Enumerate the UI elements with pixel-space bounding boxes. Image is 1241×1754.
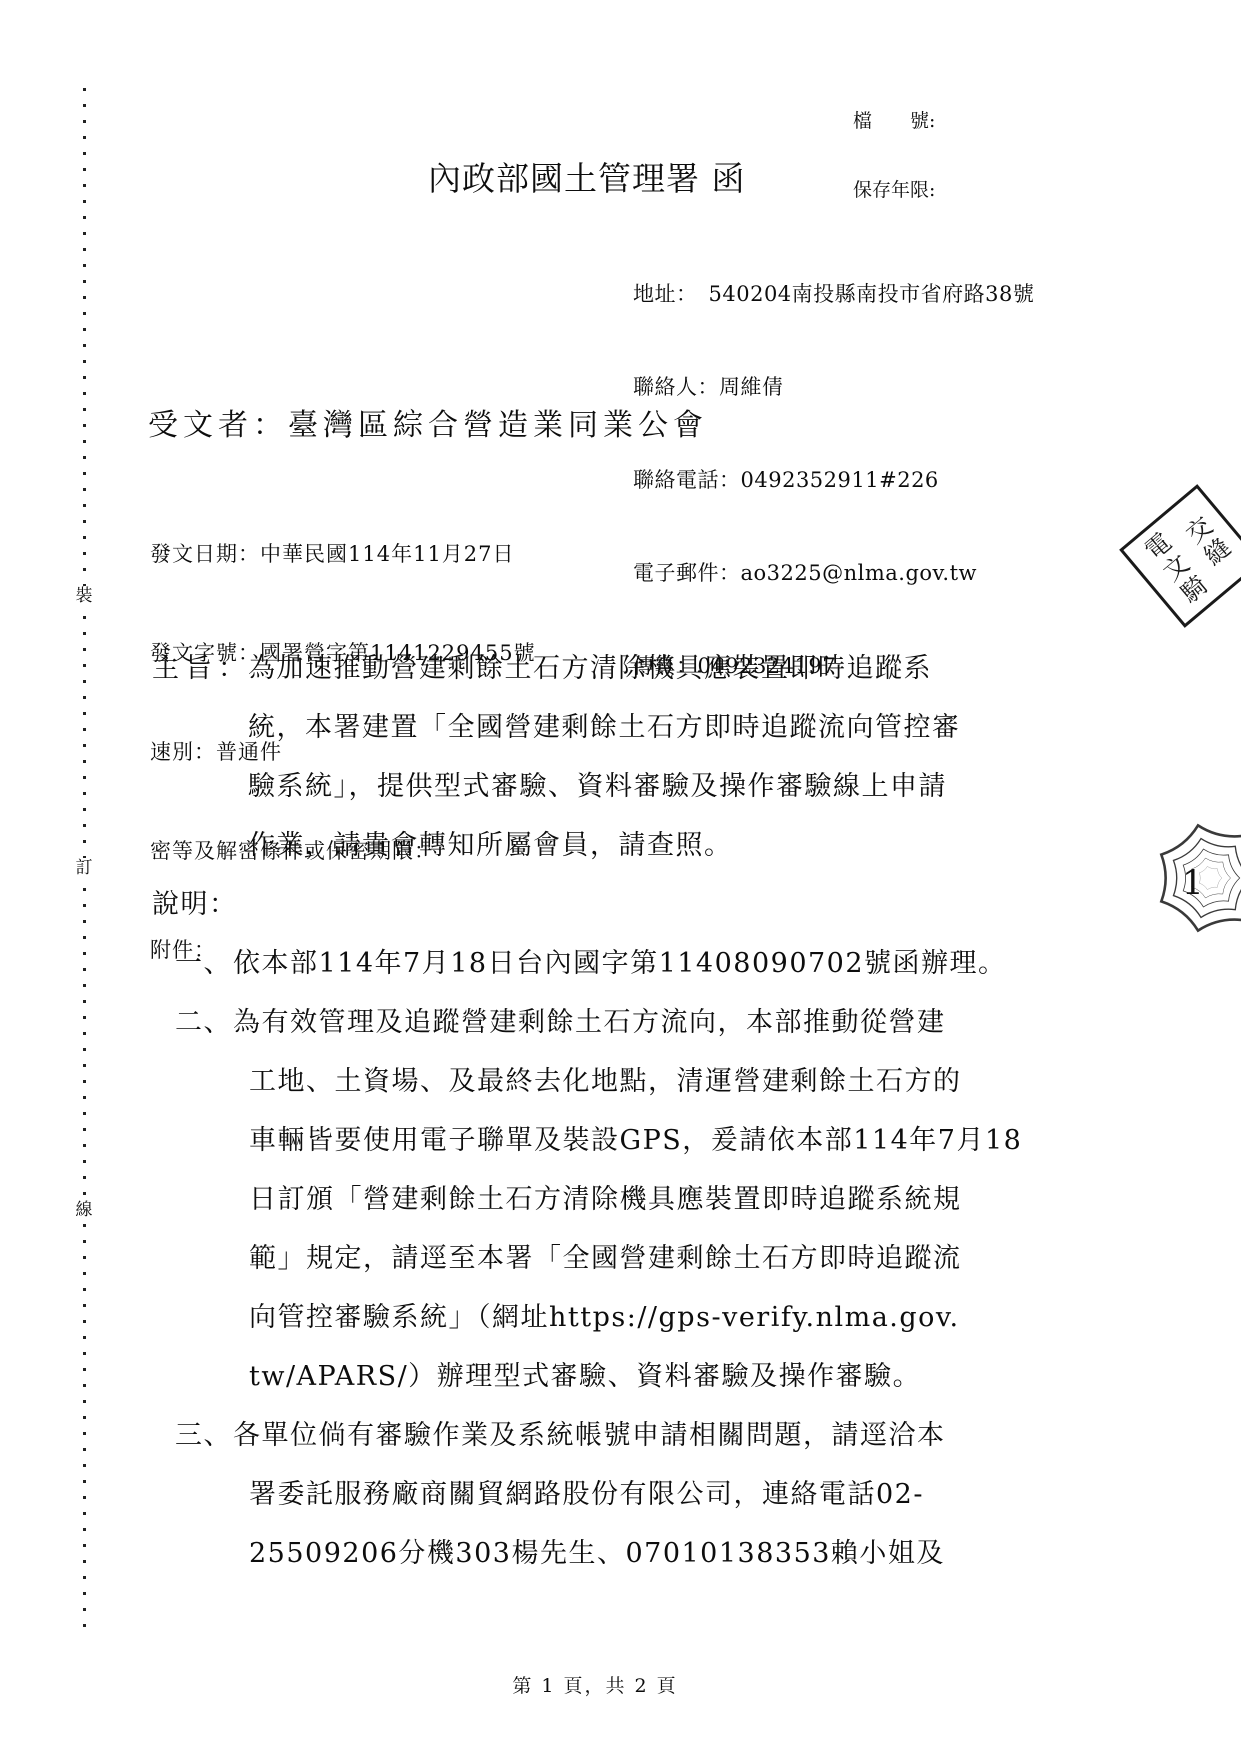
file-number-label: 檔 號: — [853, 110, 935, 133]
subject-text: 統，本署建置「全國營建剩餘土石方即時追蹤流向管控審 — [248, 712, 961, 743]
explanation-label: 說明： — [152, 875, 992, 934]
explanation-item-2-line: 工地、土資場、及最終去化地點，清運營建剩餘土石方的 — [152, 1052, 992, 1111]
page-footer: 第 1 頁，共 2 頁 — [0, 1671, 1190, 1698]
item-text system-url: 向管控審驗系統」（網址https://gps-verify.nlma.gov. — [249, 1302, 960, 1333]
explanation-item-2: 二、為有效管理及追蹤營建剩餘土石方流向，本部推動從營建 — [152, 993, 992, 1052]
subject-text: 為加速推動營建剩餘土石方清除機具應裝置即時追蹤系 — [248, 653, 932, 684]
item-text: 為有效管理及追蹤營建剩餘土石方流向，本部推動從營建 — [233, 1007, 946, 1038]
explanation-label-text: 說明： — [152, 889, 238, 920]
explanation-item-2-line: 車輛皆要使用電子聯單及裝設GPS，爰請依本部114年7月18 — [152, 1111, 992, 1170]
sender-email: 電子郵件：ao3225@nlma.gov.tw — [633, 558, 1034, 589]
sender-contact-person: 聯絡人：周維倩 — [633, 372, 1034, 403]
retention-period-label: 保存年限: — [853, 179, 935, 202]
official-letter-page: 檔 號: 保存年限: 內政部國土管理署 函 地址： 540204南投縣南投市省府… — [0, 0, 1241, 1754]
subject-line: 驗系統」，提供型式審驗、資料審驗及操作審驗線上申請 — [152, 757, 992, 816]
recipient-line: 受文者：臺灣區綜合營造業同業公會 — [148, 400, 708, 444]
issue-date-line: 發文日期：中華民國114年11月27日 — [150, 538, 536, 571]
electronic-exchange-seam-stamp: 電文騎 交縫 — [1119, 484, 1241, 628]
explanation-item-3-line: 署委託服務廠商關貿網路股份有限公司，連絡電話02- — [152, 1465, 992, 1524]
sender-address: 地址： 540204南投縣南投市省府路38號 — [633, 279, 1034, 310]
subject-text: 作業，請貴會轉知所屬會員，請查照。 — [248, 830, 733, 861]
subject-text: 驗系統」，提供型式審驗、資料審驗及操作審驗線上申請 — [248, 771, 947, 802]
item-text: 依本部114年7月18日台內國字第11408090702號函辦理。 — [233, 948, 1007, 979]
binding-mark-zhuang: 裝 — [73, 586, 95, 606]
item-text system-url: tw/APARS/）辦理型式審驗、資料審驗及操作審驗。 — [249, 1361, 921, 1392]
item-text: 25509206分機303楊先生、07010138353賴小姐及 — [249, 1538, 945, 1569]
explanation-item-3-line: 25509206分機303楊先生、07010138353賴小姐及 — [152, 1524, 992, 1583]
sender-phone: 聯絡電話：0492352911#226 — [633, 465, 1034, 496]
page-number-seal: 1 — [1142, 816, 1241, 940]
explanation-item-2-line: 日訂頒「營建剩餘土石方清除機具應裝置即時追蹤系統規 — [152, 1170, 992, 1229]
explanation-item-2-line: 向管控審驗系統」（網址https://gps-verify.nlma.gov. — [152, 1288, 992, 1347]
item-number: 二、 — [175, 993, 233, 1052]
item-text: 各單位倘有審驗作業及系統帳號申請相關問題，請逕洽本 — [233, 1420, 946, 1451]
document-title: 內政部國土管理署 函 — [428, 153, 746, 200]
page-seal-number: 1 — [1182, 863, 1204, 903]
subject-line: 主旨：為加速推動營建剩餘土石方清除機具應裝置即時追蹤系 — [152, 639, 992, 698]
item-text: 署委託服務廠商關貿網路股份有限公司，連絡電話02- — [249, 1479, 924, 1510]
binding-mark-ding: 訂 — [73, 858, 95, 878]
explanation-item-3: 三、各單位倘有審驗作業及系統帳號申請相關問題，請逕洽本 — [152, 1406, 992, 1465]
item-text: 範」規定，請逕至本署「全國營建剩餘土石方即時追蹤流 — [249, 1243, 962, 1274]
explanation-item-1: 一、依本部114年7月18日台內國字第11408090702號函辦理。 — [152, 934, 992, 993]
item-text: 工地、土資場、及最終去化地點，清運營建剩餘土石方的 — [249, 1066, 962, 1097]
binding-mark-xian: 線 — [73, 1200, 95, 1220]
explanation-item-2-line: 範」規定，請逕至本署「全國營建剩餘土石方即時追蹤流 — [152, 1229, 992, 1288]
item-number: 一、 — [175, 934, 233, 993]
item-number: 三、 — [175, 1406, 233, 1465]
item-text: 車輛皆要使用電子聯單及裝設GPS，爰請依本部114年7月18 — [249, 1125, 1022, 1156]
item-text: 日訂頒「營建剩餘土石方清除機具應裝置即時追蹤系統規 — [249, 1184, 962, 1215]
subject-label: 主旨： — [152, 639, 248, 698]
explanation-item-2-line: tw/APARS/）辦理型式審驗、資料審驗及操作審驗。 — [152, 1347, 992, 1406]
subject-line: 統，本署建置「全國營建剩餘土石方即時追蹤流向管控審 — [152, 698, 992, 757]
subject-line: 作業，請貴會轉知所屬會員，請查照。 — [152, 816, 992, 875]
document-body: 主旨：為加速推動營建剩餘土石方清除機具應裝置即時追蹤系 統，本署建置「全國營建剩… — [152, 639, 992, 1583]
